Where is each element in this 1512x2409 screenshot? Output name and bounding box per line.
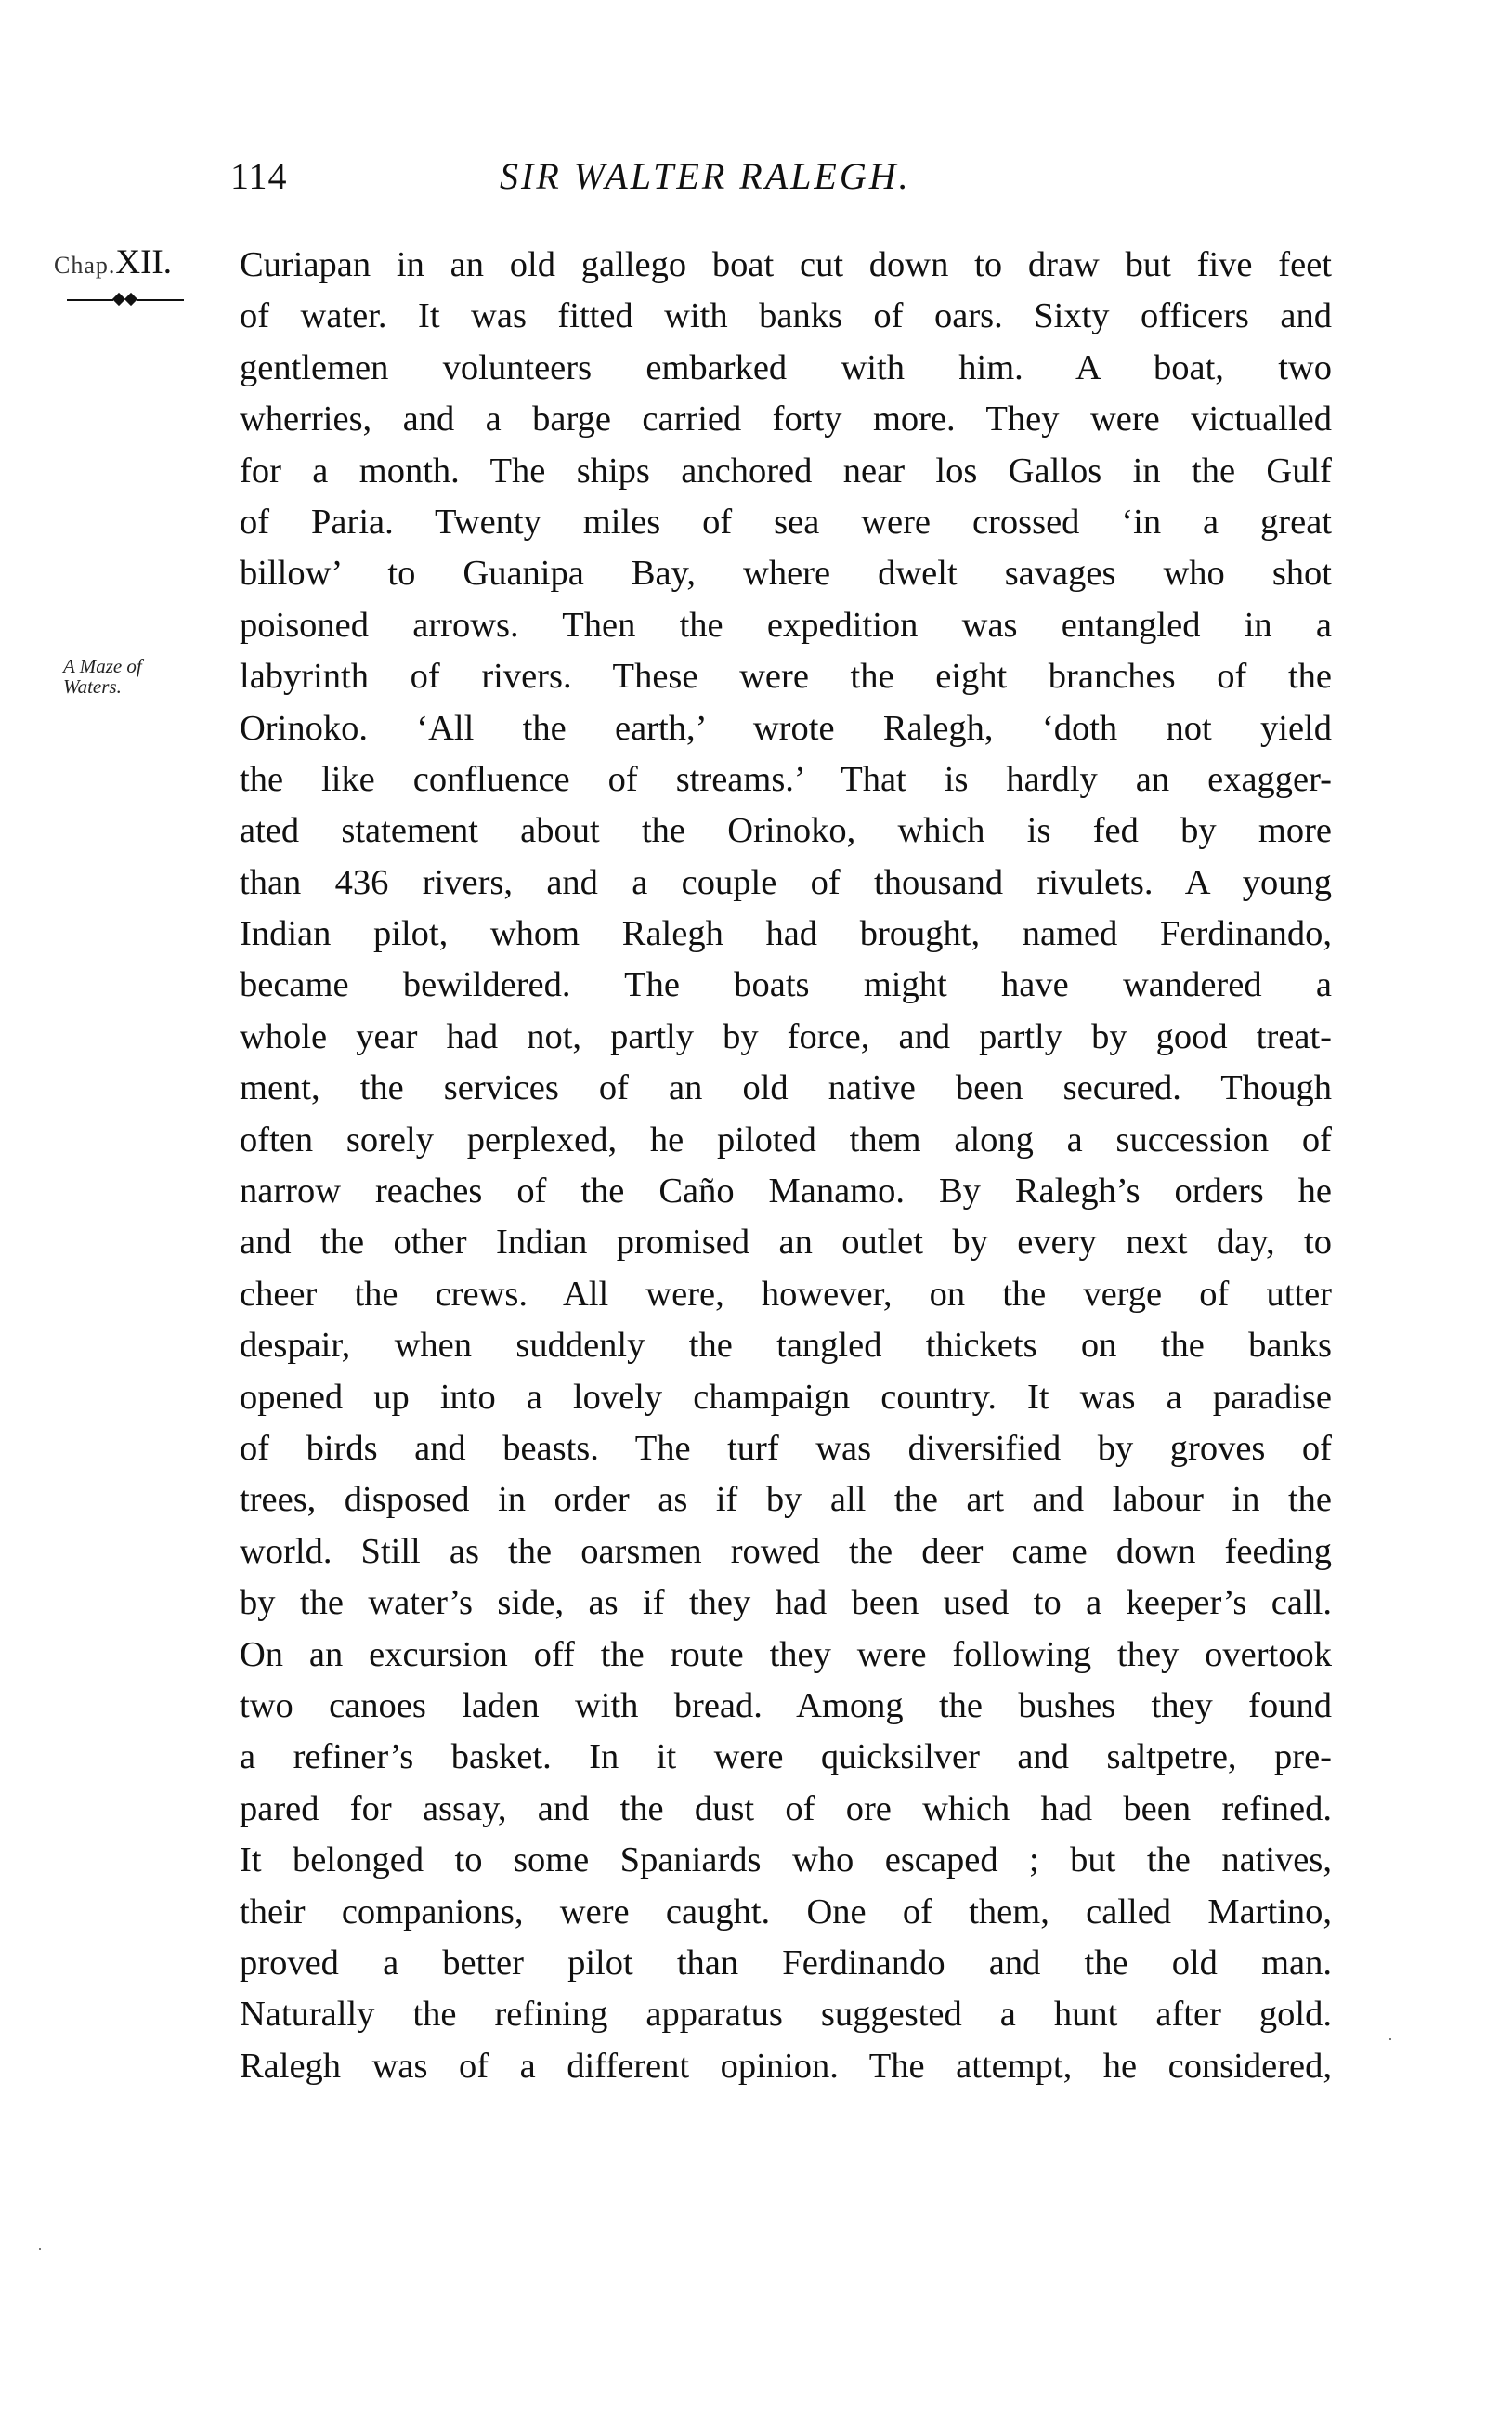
rule-right	[137, 299, 184, 301]
scan-speck	[39, 2248, 41, 2250]
text-line: a refiner’s basket. In it were quicksilv…	[240, 1732, 1332, 1783]
diamond-icon	[124, 293, 137, 306]
running-title: SIR WALTER RALEGH.	[500, 149, 911, 204]
body-text: Curiapan in an old gallego boat cut down…	[240, 240, 1332, 2092]
text-line: their companions, were caught. One of th…	[240, 1887, 1332, 1938]
text-line: by the water’s side, as if they had been…	[240, 1578, 1332, 1629]
text-line: Ralegh was of a different opinion. The a…	[240, 2041, 1332, 2092]
text-line: Curiapan in an old gallego boat cut down…	[240, 240, 1332, 291]
chapter-label: Chap.	[54, 252, 115, 279]
text-line: whole year had not, partly by force, and…	[240, 1012, 1332, 1063]
page-number: 114	[230, 149, 288, 204]
double-diamond-rule-icon	[67, 290, 184, 308]
text-line: the like confluence of streams.’ That is…	[240, 754, 1332, 805]
book-page: 114 SIR WALTER RALEGH. Chap.XII. A Maze …	[0, 0, 1512, 2409]
text-line: than 436 rivers, and a couple of thousan…	[240, 858, 1332, 909]
text-line: billow’ to Guanipa Bay, where dwelt sava…	[240, 548, 1332, 599]
text-line: of water. It was fitted with banks of oa…	[240, 291, 1332, 342]
text-line: Indian pilot, whom Ralegh had brought, n…	[240, 909, 1332, 960]
text-line: for a month. The ships anchored near los…	[240, 446, 1332, 497]
side-note-line: Waters.	[63, 676, 226, 697]
text-line: poisoned arrows. Then the expedition was…	[240, 600, 1332, 651]
text-line: opened up into a lovely champaign countr…	[240, 1372, 1332, 1423]
text-line: narrow reaches of the Caño Manamo. By Ra…	[240, 1166, 1332, 1217]
text-line: ment, the services of an old native been…	[240, 1063, 1332, 1114]
text-line: world. Still as the oarsmen rowed the de…	[240, 1526, 1332, 1578]
text-line: Naturally the refining apparatus suggest…	[240, 1989, 1332, 2040]
text-line: It belonged to some Spaniards who escape…	[240, 1835, 1332, 1886]
text-line: cheer the crews. All were, however, on t…	[240, 1269, 1332, 1320]
text-line: trees, disposed in order as if by all th…	[240, 1474, 1332, 1525]
text-line: despair, when suddenly the tangled thick…	[240, 1320, 1332, 1371]
text-line: pared for assay, and the dust of ore whi…	[240, 1784, 1332, 1835]
text-line: became bewildered. The boats might have …	[240, 960, 1332, 1011]
rule-left	[67, 299, 113, 301]
side-note: A Maze of Waters.	[63, 656, 226, 697]
text-line: wherries, and a barge carried forty more…	[240, 394, 1332, 445]
side-note-line: A Maze of	[63, 656, 226, 676]
chapter-numeral: XII.	[115, 243, 172, 281]
scan-speck	[1389, 2038, 1391, 2040]
text-line: of Paria. Twenty miles of sea were cross…	[240, 497, 1332, 548]
text-line: labyrinth of rivers. These were the eigh…	[240, 651, 1332, 702]
text-line: of birds and beasts. The turf was divers…	[240, 1423, 1332, 1474]
chapter-mark: Chap.XII.	[54, 240, 172, 289]
text-line: and the other Indian promised an outlet …	[240, 1217, 1332, 1268]
text-line: ated statement about the Orinoko, which …	[240, 805, 1332, 857]
text-line: often sorely perplexed, he piloted them …	[240, 1115, 1332, 1166]
text-line: On an excursion off the route they were …	[240, 1630, 1332, 1681]
text-line: proved a better pilot than Ferdinando an…	[240, 1938, 1332, 1989]
text-line: Orinoko. ‘All the earth,’ wrote Ralegh, …	[240, 703, 1332, 754]
running-head: 114 SIR WALTER RALEGH.	[230, 149, 1354, 204]
text-line: two canoes laden with bread. Among the b…	[240, 1681, 1332, 1732]
text-line: gentlemen volunteers embarked with him. …	[240, 343, 1332, 394]
